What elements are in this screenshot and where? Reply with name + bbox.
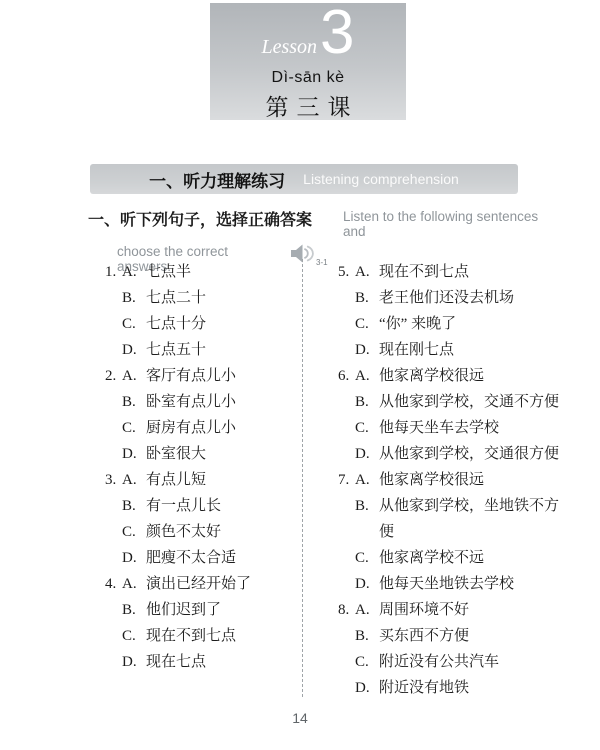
questions-left-column: 1.A.七点半 B.七点二十 C.七点十分 D.七点五十 2.A.客厅有点儿小 … [105,259,295,675]
question-number-spacer [338,675,355,701]
option-row: C.现在不到七点 [105,623,295,649]
questions-area: 1.A.七点半 B.七点二十 C.七点十分 D.七点五十 2.A.客厅有点儿小 … [0,259,600,701]
option-row: D.从他家到学校，交通很方便 [338,441,570,467]
question-number-spacer [338,389,355,415]
question-1: 1.A.七点半 B.七点二十 C.七点十分 D.七点五十 [105,259,295,363]
option-label: C. [122,415,146,441]
option-label: C. [122,519,146,545]
question-number-spacer [338,415,355,441]
question-number-spacer [338,545,355,571]
option-text: 七点二十 [146,285,295,311]
option-text: 他们迟到了 [146,597,295,623]
option-text: 卧室很大 [146,441,295,467]
option-text: 老王他们还没去机场 [379,285,565,311]
question-3: 3.A.有点儿短 B.有一点儿长 C.颜色不太好 D.肥瘦不太合适 [105,467,295,571]
option-label: A. [122,467,146,493]
question-number: 6. [338,363,355,389]
option-label: C. [355,545,379,571]
lesson-pinyin: Dì-sān kè [210,69,406,87]
option-label: D. [122,337,146,363]
option-label: C. [355,649,379,675]
option-row: 3.A.有点儿短 [105,467,295,493]
option-row: C.颜色不太好 [105,519,295,545]
option-label: B. [355,389,379,415]
option-label: A. [122,259,146,285]
option-text: 七点半 [146,259,295,285]
option-row: 1.A.七点半 [105,259,295,285]
question-2: 2.A.客厅有点儿小 B.卧室有点儿小 C.厨房有点儿小 D.卧室很大 [105,363,295,467]
question-8: 8.A.周围环境不好 B.买东西不方便 C.附近没有公共汽车 D.附近没有地铁 [338,597,570,701]
option-row: C.厨房有点儿小 [105,415,295,441]
option-label: D. [355,675,379,701]
option-row: C.他每天坐车去学校 [338,415,570,441]
option-text: 附近没有公共汽车 [379,649,565,675]
lesson-title-chinese: 第三课 [210,89,406,122]
option-row: C.七点十分 [105,311,295,337]
option-label: B. [122,597,146,623]
option-label: A. [355,467,379,493]
page-number: 14 [0,710,600,726]
instruction-english-line1: Listen to the following sentences and [343,207,548,239]
option-label: D. [122,649,146,675]
section-title-bar: 一、听力理解练习 Listening comprehension [90,164,518,194]
option-text: 现在七点 [146,649,295,675]
option-label: C. [122,311,146,337]
option-label: B. [355,623,379,649]
question-number-spacer [338,285,355,311]
textbook-page: Lesson 3 Dì-sān kè 第三课 一、听力理解练习 Listenin… [0,0,600,750]
question-number-spacer [338,311,355,337]
option-label: D. [355,337,379,363]
instruction-chinese: 一、听下列句子，选择正确答案 [88,207,343,230]
option-text: 现在不到七点 [379,259,565,285]
question-6: 6.A.他家离学校很远 B.从他家到学校，交通不方便 C.他每天坐车去学校 D.… [338,363,570,467]
option-row: B.买东西不方便 [338,623,570,649]
option-text: 有一点儿长 [146,493,295,519]
question-number-spacer [105,311,122,337]
option-row: 7.A.他家离学校很远 [338,467,570,493]
option-label: B. [355,493,379,545]
option-text: 附近没有地铁 [379,675,565,701]
option-row: D.卧室很大 [105,441,295,467]
option-text: 买东西不方便 [379,623,565,649]
option-row: B.从他家到学校，坐地铁不方便 [338,493,570,545]
option-row: B.有一点儿长 [105,493,295,519]
lesson-heading: Lesson 3 [210,3,406,63]
option-text: 七点十分 [146,311,295,337]
option-text: “你” 来晚了 [379,311,565,337]
question-number: 2. [105,363,122,389]
option-row: 6.A.他家离学校很远 [338,363,570,389]
option-row: D.附近没有地铁 [338,675,570,701]
option-text: 从他家到学校，坐地铁不方便 [379,493,565,545]
question-7: 7.A.他家离学校很远 B.从他家到学校，坐地铁不方便 C.他家离学校不远 D.… [338,467,570,597]
option-row: 8.A.周围环境不好 [338,597,570,623]
question-number-spacer [105,623,122,649]
option-text: 他家离学校很远 [379,467,565,493]
option-row: 4.A.演出已经开始了 [105,571,295,597]
question-number-spacer [338,493,355,545]
option-row: B.七点二十 [105,285,295,311]
question-number-spacer [105,285,122,311]
option-row: C.附近没有公共汽车 [338,649,570,675]
question-number-spacer [105,337,122,363]
option-label: D. [122,545,146,571]
question-number-spacer [105,519,122,545]
question-number: 8. [338,597,355,623]
question-number: 1. [105,259,122,285]
option-label: B. [122,389,146,415]
option-label: D. [355,571,379,597]
option-row: D.现在七点 [105,649,295,675]
option-text: 颜色不太好 [146,519,295,545]
option-row: B.从他家到学校，交通不方便 [338,389,570,415]
option-label: B. [122,285,146,311]
question-number-spacer [105,545,122,571]
section-title-english: Listening comprehension [303,171,459,187]
option-text: 有点儿短 [146,467,295,493]
lesson-label: Lesson [261,36,317,59]
questions-right-column: 5.A.现在不到七点 B.老王他们还没去机场 C.“你” 来晚了 D.现在刚七点… [338,259,570,701]
option-row: C.他家离学校不远 [338,545,570,571]
option-text: 他家离学校很远 [379,363,565,389]
option-row: B.他们迟到了 [105,597,295,623]
option-text: 他家离学校不远 [379,545,565,571]
question-number-spacer [338,571,355,597]
option-label: C. [122,623,146,649]
question-number-spacer [105,493,122,519]
option-label: B. [122,493,146,519]
option-label: C. [355,415,379,441]
lesson-header-box: Lesson 3 Dì-sān kè 第三课 [210,3,406,120]
option-text: 卧室有点儿小 [146,389,295,415]
lesson-number: 3 [320,5,354,61]
option-text: 七点五十 [146,337,295,363]
option-label: A. [355,259,379,285]
question-number-spacer [338,441,355,467]
option-row: C.“你” 来晚了 [338,311,570,337]
option-label: C. [355,311,379,337]
option-label: D. [122,441,146,467]
question-4: 4.A.演出已经开始了 B.他们迟到了 C.现在不到七点 D.现在七点 [105,571,295,675]
option-text: 他每天坐地铁去学校 [379,571,565,597]
option-row: 2.A.客厅有点儿小 [105,363,295,389]
option-text: 他每天坐车去学校 [379,415,565,441]
option-text: 肥瘦不太合适 [146,545,295,571]
question-number-spacer [338,623,355,649]
question-number-spacer [105,389,122,415]
option-text: 现在刚七点 [379,337,565,363]
option-row: D.七点五十 [105,337,295,363]
question-number-spacer [105,597,122,623]
option-label: A. [355,597,379,623]
option-row: D.现在刚七点 [338,337,570,363]
option-label: A. [355,363,379,389]
question-number-spacer [338,337,355,363]
option-label: A. [122,571,146,597]
option-row: B.卧室有点儿小 [105,389,295,415]
question-number: 5. [338,259,355,285]
option-row: D.肥瘦不太合适 [105,545,295,571]
question-number-spacer [105,649,122,675]
option-text: 现在不到七点 [146,623,295,649]
instruction-row-1: 一、听下列句子，选择正确答案 Listen to the following s… [88,207,548,239]
option-row: D.他每天坐地铁去学校 [338,571,570,597]
option-text: 从他家到学校，交通不方便 [379,389,565,415]
option-row: 5.A.现在不到七点 [338,259,570,285]
question-number: 7. [338,467,355,493]
option-row: B.老王他们还没去机场 [338,285,570,311]
section-title-chinese: 一、听力理解练习 [149,167,285,192]
option-text: 厨房有点儿小 [146,415,295,441]
option-text: 演出已经开始了 [146,571,295,597]
option-text: 客厅有点儿小 [146,363,295,389]
option-text: 从他家到学校，交通很方便 [379,441,565,467]
column-divider [302,259,303,697]
option-text: 周围环境不好 [379,597,565,623]
question-number: 4. [105,571,122,597]
option-label: A. [122,363,146,389]
question-number-spacer [105,415,122,441]
question-number-spacer [105,441,122,467]
option-label: D. [355,441,379,467]
question-number: 3. [105,467,122,493]
question-number-spacer [338,649,355,675]
question-5: 5.A.现在不到七点 B.老王他们还没去机场 C.“你” 来晚了 D.现在刚七点 [338,259,570,363]
option-label: B. [355,285,379,311]
